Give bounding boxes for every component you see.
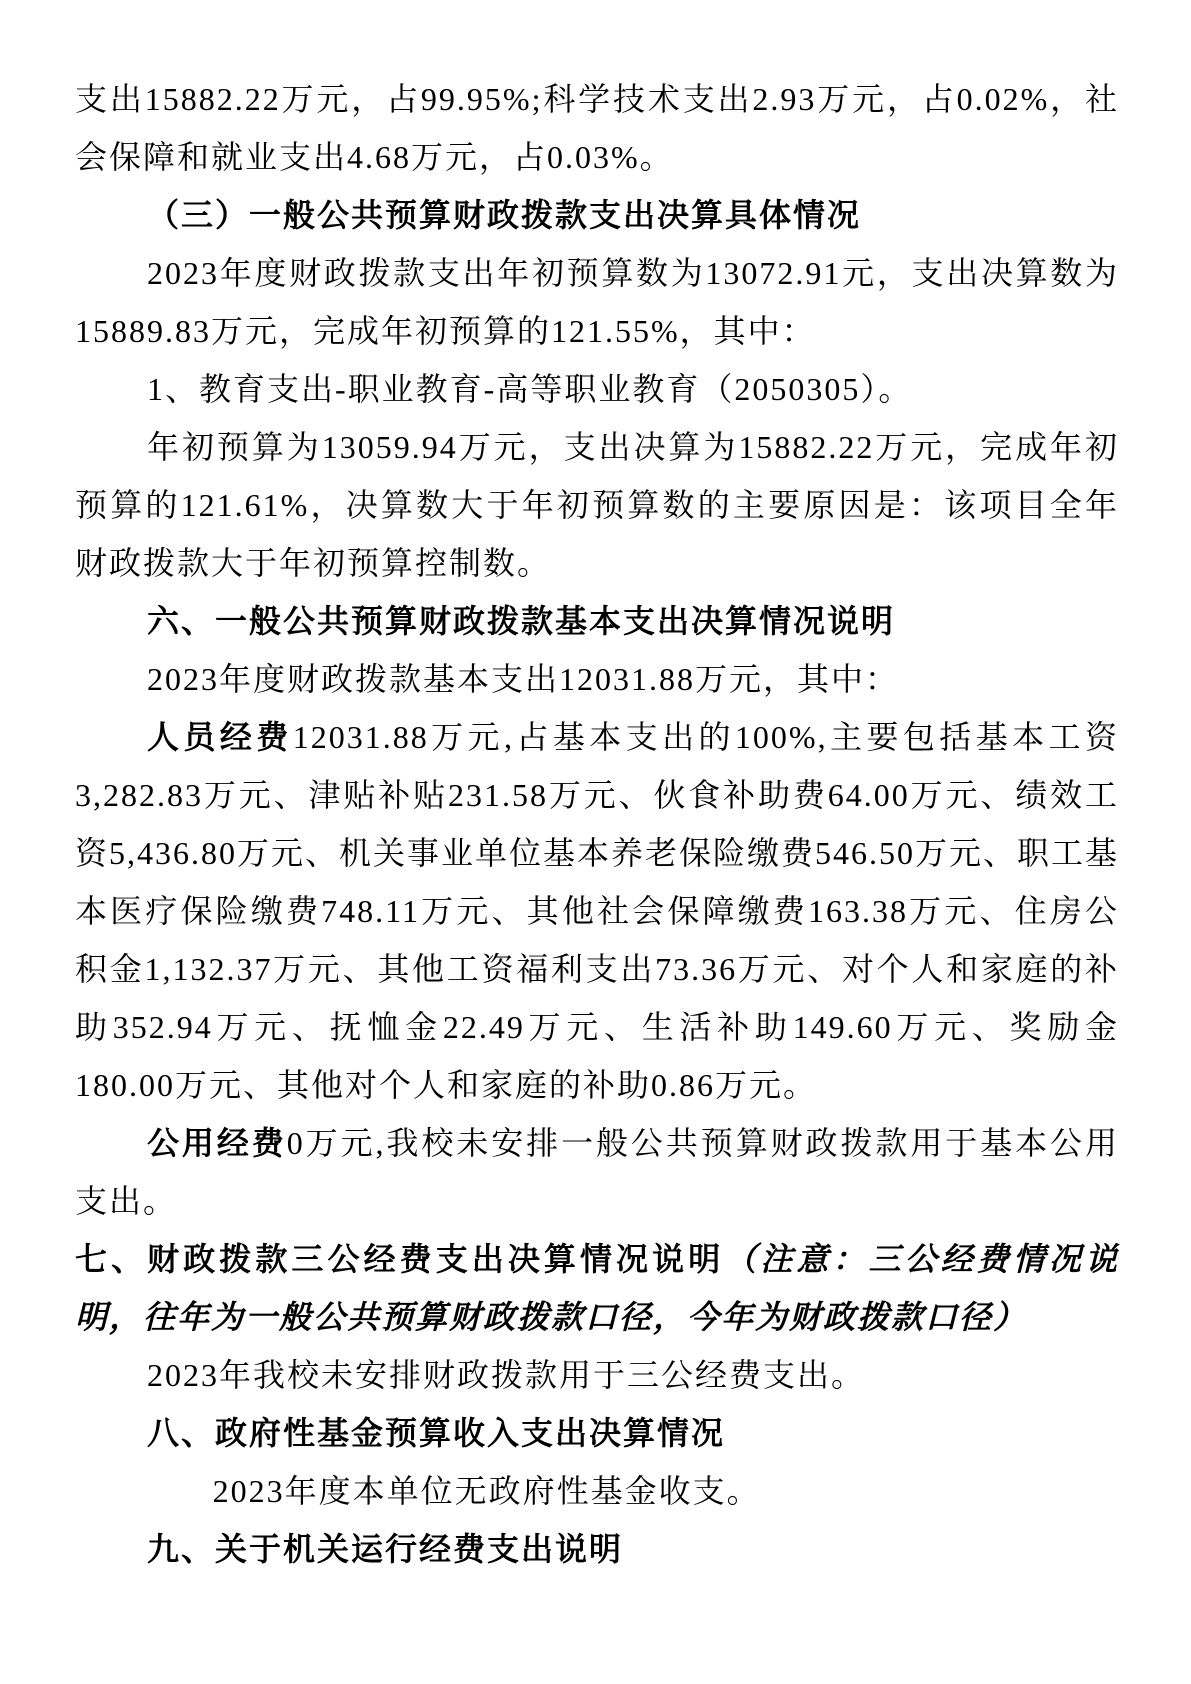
paragraph-three-public-expense: 2023年我校未安排财政拨款用于三公经费支出。	[75, 1346, 1119, 1404]
personnel-expense-detail: 12031.88万元,占基本支出的100%,主要包括基本工资3,282.83万元…	[75, 719, 1119, 1103]
subheading-section-three: （三）一般公共预算财政拨款支出决算具体情况	[75, 186, 1119, 244]
heading-section-six: 六、一般公共预算财政拨款基本支出决算情况说明	[75, 592, 1119, 650]
paragraph-personnel-expense: 人员经费12031.88万元,占基本支出的100%,主要包括基本工资3,282.…	[75, 708, 1119, 1114]
paragraph-education-item: 1、教育支出-职业教育-高等职业教育（2050305）。	[75, 360, 1119, 418]
paragraph-expenditure-continuation: 支出15882.22万元，占99.95%;科学技术支出2.93万元，占0.02%…	[75, 70, 1119, 186]
public-funds-label: 公用经费	[147, 1125, 287, 1161]
paragraph-gov-fund: 2023年度本单位无政府性基金收支。	[75, 1462, 1119, 1520]
paragraph-basic-expense: 2023年度财政拨款基本支出12031.88万元，其中：	[75, 650, 1119, 708]
paragraph-public-funds: 公用经费0万元,我校未安排一般公共预算财政拨款用于基本公用支出。	[75, 1114, 1119, 1230]
heading-section-seven-title: 七、财政拨款三公经费支出决算情况说明	[75, 1241, 724, 1277]
paragraph-education-item-detail: 年初预算为13059.94万元，支出决算为15882.22万元，完成年初预算的1…	[75, 418, 1119, 592]
paragraph-budget-overview: 2023年度财政拨款支出年初预算数为13072.91元，支出决算数为15889.…	[75, 244, 1119, 360]
heading-section-seven: 七、财政拨款三公经费支出决算情况说明（注意：三公经费情况说明，往年为一般公共预算…	[75, 1230, 1119, 1346]
heading-section-nine: 九、关于机关运行经费支出说明	[75, 1520, 1119, 1578]
heading-section-eight: 八、政府性基金预算收入支出决算情况	[75, 1404, 1119, 1462]
personnel-expense-label: 人员经费	[147, 719, 293, 755]
document-page: 支出15882.22万元，占99.95%;科学技术支出2.93万元，占0.02%…	[0, 0, 1191, 1684]
